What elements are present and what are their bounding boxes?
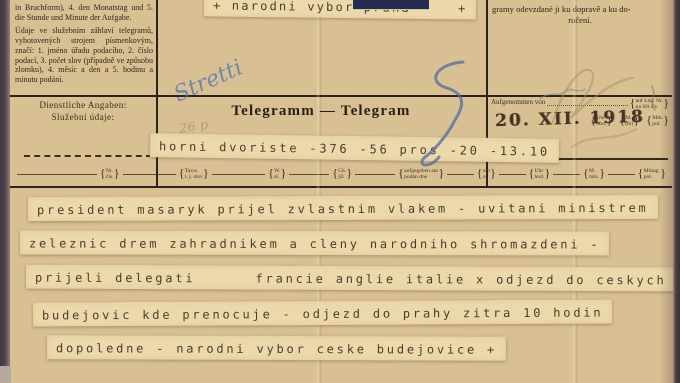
scan-right-edge bbox=[673, 0, 680, 383]
field-ch: Ch. jíž bbox=[332, 168, 352, 181]
fill-line bbox=[447, 174, 474, 175]
field-taxw: Taxw. t. j. slov bbox=[179, 168, 209, 181]
scan-left-corner bbox=[0, 366, 11, 383]
right-note-line2: ručení. bbox=[492, 15, 668, 26]
field-label: hod. bbox=[596, 121, 606, 127]
field-label: sl. bbox=[274, 174, 280, 180]
field-aufgegeben: aufgegeben am podán dne bbox=[398, 168, 444, 181]
field-label: t. j. slov bbox=[185, 174, 203, 180]
service-heading-cs: Služební údaje: bbox=[52, 112, 115, 122]
fill-line bbox=[289, 174, 329, 175]
instructions-czech: Údaje ve služebním záhlaví telegramů, vy… bbox=[15, 26, 153, 85]
field-label: čís. bbox=[106, 174, 114, 180]
right-note: gramy odevzdané ji ku dopravě a ku do- r… bbox=[492, 4, 668, 25]
message-strip: dopoledne - narodni vybor ceske budejovi… bbox=[47, 335, 506, 361]
fill-line bbox=[17, 174, 97, 175]
paper-crease bbox=[316, 0, 322, 383]
service-dashed-line bbox=[24, 155, 152, 157]
field-w: W. sl. bbox=[268, 168, 286, 181]
received-from-label: Aufgenommen von bbox=[491, 98, 545, 106]
message-strip: president masaryk prijel zvlastnim vlake… bbox=[28, 195, 658, 221]
fill-line bbox=[355, 174, 395, 175]
fill-line bbox=[547, 98, 627, 106]
signature-stretti: Stretti bbox=[170, 55, 246, 107]
instructions-block: in Bruchform), 4. den Monatstag und 5. d… bbox=[15, 3, 153, 88]
field-label: jíž bbox=[338, 174, 346, 180]
message-strip: budejovic kde prenocuje - odjezd do prah… bbox=[33, 299, 613, 326]
form-vertical-rule-left bbox=[156, 0, 158, 187]
field-label: (m) bbox=[625, 121, 633, 127]
address-strip: + narodni vybor praha + bbox=[204, 0, 477, 20]
service-strip: horni dvoriste -376 -56 pros -20 -13.10 bbox=[150, 133, 559, 163]
fill-line bbox=[123, 174, 176, 175]
paper-right-shadow bbox=[659, 0, 673, 383]
field-nr: Nr. čís. bbox=[100, 168, 120, 181]
dark-label-sticker bbox=[353, 0, 429, 10]
field-m: M. (m) bbox=[619, 115, 639, 128]
right-note-line1: gramy odevzdané ji ku dopravě a ku do- bbox=[492, 4, 631, 14]
field-label: podán dne bbox=[404, 174, 438, 180]
service-heading-de: Dienstliche Angaben: bbox=[39, 100, 126, 110]
instructions-german: in Bruchform), 4. den Monatstag und 5. d… bbox=[15, 3, 153, 23]
service-heading: Dienstliche Angaben: Služební údaje: bbox=[12, 100, 154, 124]
message-strip: zeleznic drem zahradnikem a cleny narodn… bbox=[20, 230, 609, 255]
paper-crease bbox=[572, 0, 578, 383]
message-strip: prijeli delegati francie anglie italie x… bbox=[26, 265, 676, 292]
telegram-scan: { "form": { "instructions_left_de": "in … bbox=[0, 0, 680, 383]
field-uhr: Uhr hod. bbox=[590, 115, 612, 128]
field-label: o bbox=[483, 174, 490, 180]
fill-line bbox=[212, 174, 265, 175]
scan-left-edge bbox=[0, 0, 10, 383]
time-fields: Uhr hod. M. (m) Min. pol. bbox=[590, 115, 669, 128]
